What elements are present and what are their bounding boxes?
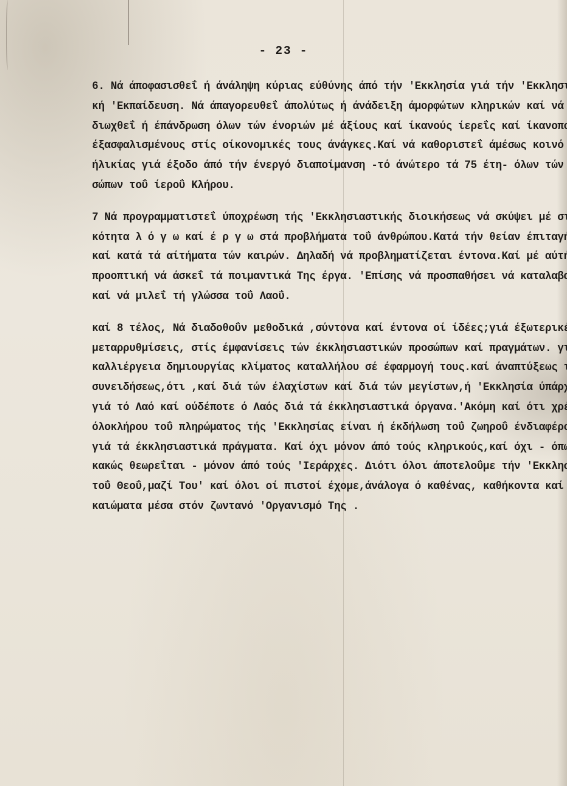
text-line: μεταρρυθμίσεις, στίς έμφανίσεις τών έκκλ… bbox=[92, 340, 567, 360]
document-body: 6. Νά άποφασισθεΐ ή άνάληψη κύριας εύθύν… bbox=[92, 78, 567, 530]
text-line: καί νά μιλεΐ τή γλώσσα τοΰ Λαοΰ. bbox=[92, 288, 567, 308]
paragraph-item-6: 6. Νά άποφασισθεΐ ή άνάληψη κύριας εύθύν… bbox=[92, 78, 567, 197]
text-line: γιά τά έκκλησιαστικά πράγματα. Καί όχι μ… bbox=[92, 439, 567, 459]
text-line: τοΰ Θεοΰ,μαζί Του' καί όλοι οί πιστοί έχ… bbox=[92, 478, 567, 498]
text-line: κακώς θεωρεΐται - μόνον άπό τούς 'Ιεράρχ… bbox=[92, 458, 567, 478]
paragraph-item-8: καί 8 τέλος, Νά διαδοθοΰν μεθοδικά ,σύντ… bbox=[92, 320, 567, 518]
page-number: - 23 - bbox=[0, 44, 567, 58]
text-line: καιώματα μέσα στόν ζωντανό 'Οργανισμό Τη… bbox=[92, 498, 567, 518]
text-line: έξασφαλισμένους στίς οίκονομικές τους άν… bbox=[92, 137, 567, 157]
text-line: όλοκλήρου τοΰ πληρώματος τής 'Εκκλησίας … bbox=[92, 419, 567, 439]
paragraph-item-7: 7 Νά προγραμματιστεΐ ύποχρέωση τής 'Εκκλ… bbox=[92, 209, 567, 308]
text-line: κότητα λ ό γ ω καί έ ρ γ ω στά προβλήματ… bbox=[92, 229, 567, 249]
text-line: σώπων τοΰ ίεροΰ Κλήρου. bbox=[92, 177, 567, 197]
text-line: καλλιέργεια δημιουργίας κλίματος καταλλή… bbox=[92, 359, 567, 379]
text-line: καί κατά τά αίτήματα τών καιρών. Δηλαδή … bbox=[92, 248, 567, 268]
text-line: καί 8 τέλος, Νά διαδοθοΰν μεθοδικά ,σύντ… bbox=[92, 320, 567, 340]
scanned-document-page: - 23 - 6. Νά άποφασισθεΐ ή άνάληψη κύρια… bbox=[0, 0, 567, 786]
text-line: 7 Νά προγραμματιστεΐ ύποχρέωση τής 'Εκκλ… bbox=[92, 209, 567, 229]
text-line: συνειδήσεως,ότι ,καί διά τών έλαχίστων κ… bbox=[92, 379, 567, 399]
text-line: κή 'Εκπαίδευση. Νά άπαγορευθεΐ άπολύτως … bbox=[92, 98, 567, 118]
text-line: διωχθεΐ ή έπάνδρωση όλων τών ένοριών μέ … bbox=[92, 118, 567, 138]
text-line: ήλικίας γιά έξοδο άπό τήν ένεργό διαποίμ… bbox=[92, 157, 567, 177]
text-line: 6. Νά άποφασισθεΐ ή άνάληψη κύριας εύθύν… bbox=[92, 78, 567, 98]
paper-crease bbox=[6, 0, 11, 70]
pencil-mark bbox=[128, 0, 129, 45]
text-line: προοπτική νά άσκεΐ τά ποιμαντικά Της έργ… bbox=[92, 268, 567, 288]
text-line: γιά τό Λαό καί ούδέποτε ό Λαός διά τά έκ… bbox=[92, 399, 567, 419]
